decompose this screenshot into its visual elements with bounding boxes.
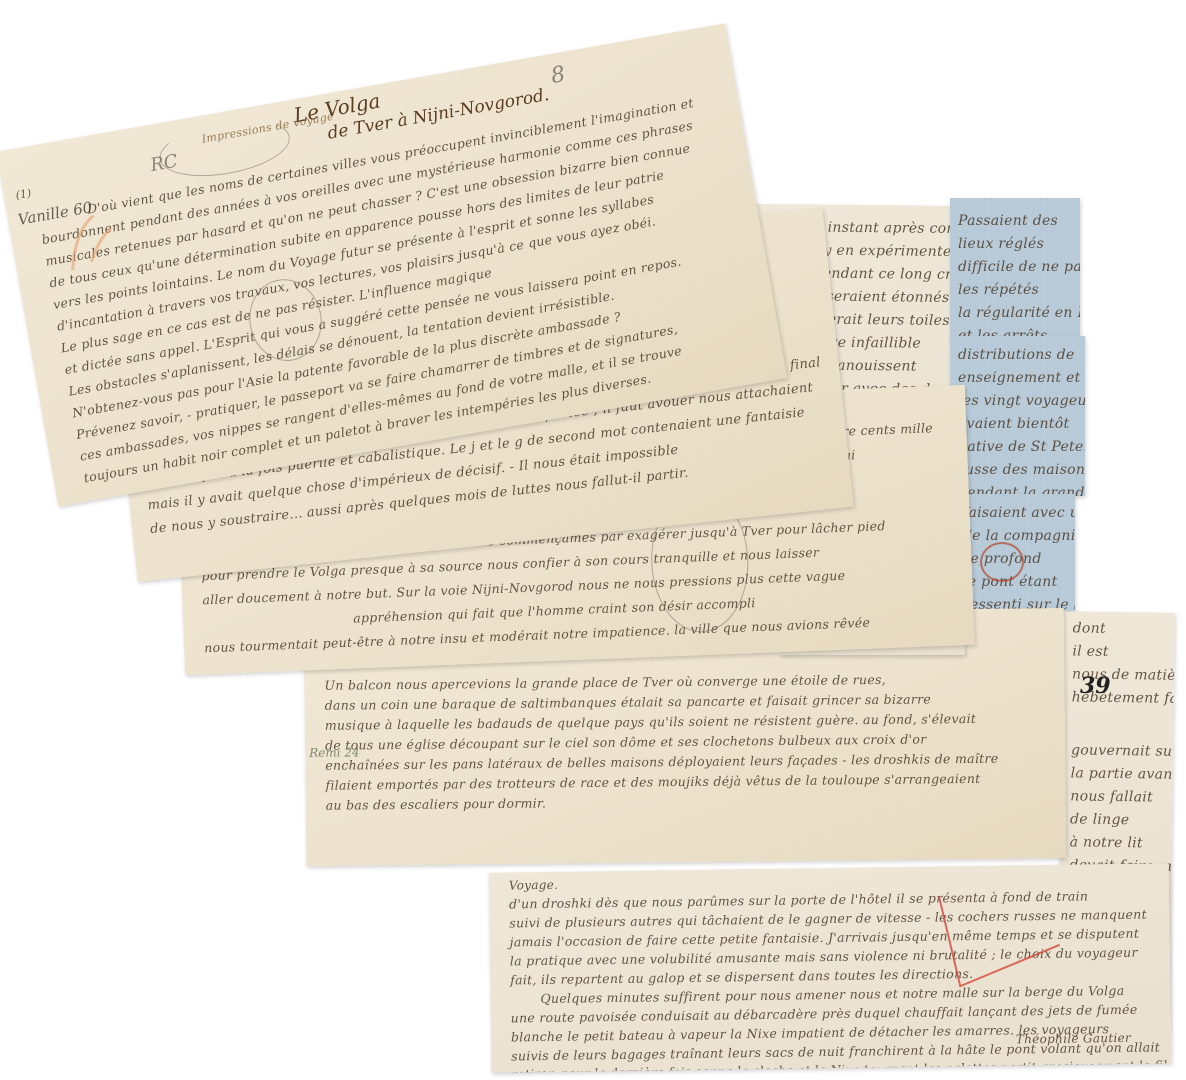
blue-sheet-text-middle: distributions de enseignement et les vin… (958, 344, 1085, 496)
text-line: les vingt voyageurs (958, 390, 1085, 413)
text-line: à notre lit (1070, 831, 1172, 855)
pencil-mark-number: 8 (549, 62, 567, 89)
sheet-lower-text: Un balcon nous apercevions la grande pla… (324, 668, 1065, 816)
signature: Théophile Gautier (1016, 1027, 1131, 1052)
text-line: dont (1073, 617, 1175, 641)
manuscript-blue-sheet-middle: distributions de enseignement et les vin… (950, 336, 1085, 496)
text-line: faisaient avec une (963, 502, 1075, 525)
margin-note-number: (1) (15, 186, 33, 202)
text-line: difficile de ne pas (958, 256, 1080, 279)
text-line: Passaient des (958, 210, 1080, 233)
text-line: la régularité en Russie (958, 302, 1080, 325)
text-line: distributions de (958, 344, 1085, 367)
text-line: native de St Petersbourg (958, 436, 1085, 459)
page-number: 39 (1080, 673, 1111, 699)
text-line: de linge (1070, 808, 1172, 832)
text-line: la partie avant le (1071, 762, 1173, 786)
text-line: il est (1072, 640, 1174, 664)
text-line: de la compagnie (963, 525, 1075, 548)
manuscript-sheet-bottom: Voyage. d'un droshki dès que nous parûme… (489, 863, 1172, 1072)
red-crayon-circle (980, 542, 1024, 582)
text-line: nous fallait (1070, 785, 1172, 809)
text-line: avaient bientôt (958, 413, 1085, 436)
orange-crayon-mark (52, 203, 123, 282)
text-line: enseignement et (958, 367, 1085, 390)
text-line: russe des maisons (958, 459, 1085, 482)
pencil-margin-note: Remi 24 (309, 745, 360, 760)
red-crayon-mark (919, 890, 1071, 1002)
text-line: lieux réglés (958, 233, 1080, 256)
manuscript-blue-sheet-top: Passaient des lieux réglés difficile de … (950, 198, 1080, 338)
text-line: gouvernait sur l'homme (1071, 739, 1173, 763)
blue-sheet-text-top: Passaient des lieux réglés difficile de … (958, 210, 1080, 338)
text-line: les répétés (958, 279, 1080, 302)
